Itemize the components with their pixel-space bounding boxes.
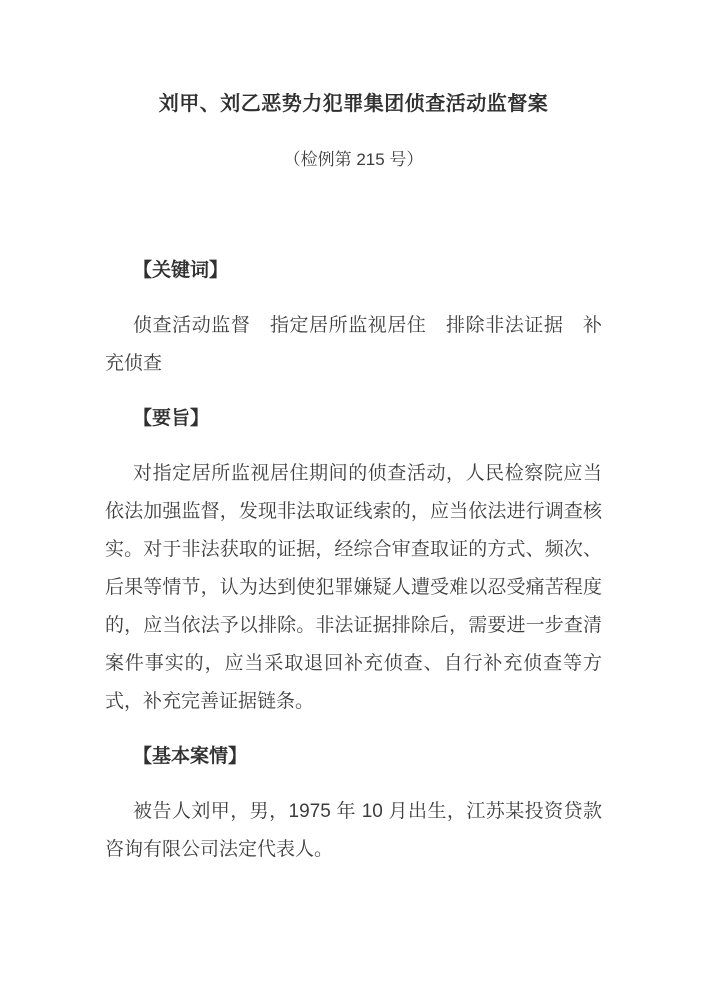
document-title: 刘甲、刘乙恶势力犯罪集团侦查活动监督案 bbox=[105, 90, 602, 118]
document-page: 刘甲、刘乙恶势力犯罪集团侦查活动监督案 （检例第 215 号） 【关键词】 侦查… bbox=[0, 0, 707, 999]
basic-facts-text: 被告人刘甲，男，1975 年 10 月出生，江苏某投资贷款咨询有限公司法定代表人… bbox=[105, 793, 602, 869]
section-heading-keywords: 【关键词】 bbox=[105, 252, 602, 290]
section-heading-basic-facts: 【基本案情】 bbox=[105, 738, 602, 776]
keywords-text: 侦查活动监督 指定居所监视居住 排除非法证据 补充侦查 bbox=[105, 307, 602, 383]
case-number: （检例第 215 号） bbox=[105, 148, 602, 172]
summary-text: 对指定居所监视居住期间的侦查活动，人民检察院应当依法加强监督，发现非法取证线索的… bbox=[105, 455, 602, 721]
section-heading-summary: 【要旨】 bbox=[105, 400, 602, 438]
